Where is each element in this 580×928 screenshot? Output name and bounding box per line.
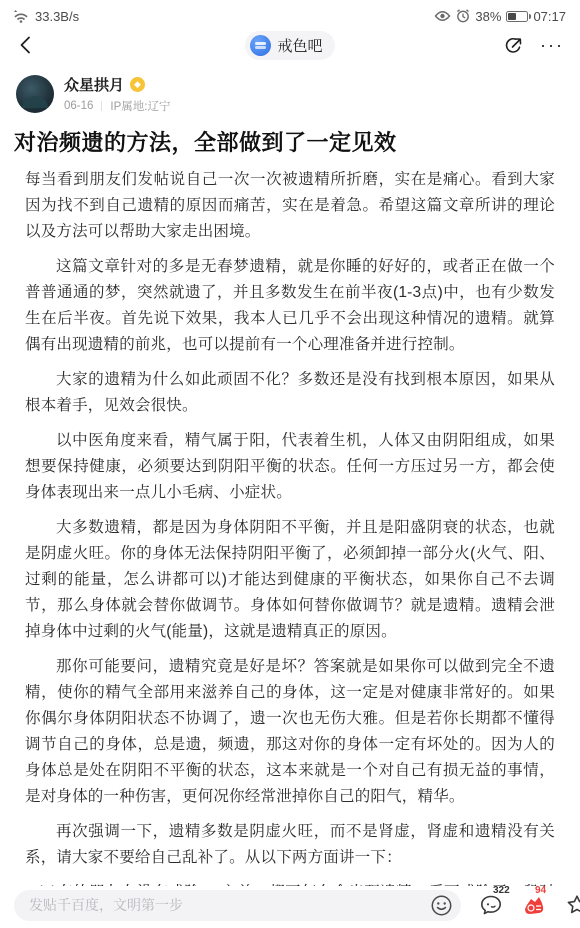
post-title: 对治频遗的方法，全部做到了一定见效	[0, 114, 580, 157]
author-name[interactable]: 众星拱月	[64, 74, 124, 95]
post-paragraph: 那你可能要问，遗精究竟是好是坏？答案就是如果你可以做到完全不遗精，使你的精气全部…	[25, 654, 555, 810]
post-header: 众星拱月 ◆ 06-16 IP属地:辽宁	[0, 64, 580, 114]
post-date: 06-16	[64, 100, 93, 112]
nav-bar: 戒色吧 ···	[0, 26, 580, 64]
avatar[interactable]	[16, 75, 54, 113]
status-time: 07:17	[533, 9, 566, 24]
hot-stamp-icon	[521, 893, 547, 917]
more-menu-icon[interactable]: ···	[540, 36, 564, 54]
ip-location: IP属地:辽宁	[110, 98, 170, 114]
hot-button[interactable]: 94	[521, 893, 547, 917]
forum-chip[interactable]: 戒色吧	[245, 31, 334, 60]
reply-input[interactable]	[29, 897, 430, 913]
post-paragraph: 再次强调一下，遗精多数是阴虚火旺，而不是肾虚，肾虚和遗精没有关系，请大家不要给自…	[25, 819, 555, 871]
battery-percent: 38%	[475, 9, 501, 24]
wifi-icon	[12, 9, 30, 23]
eye-comfort-icon	[434, 10, 451, 22]
meta-divider	[101, 101, 102, 111]
post-paragraph: 大家的遗精为什么如此顽固不化？多数还是没有找到根本原因，如果从根本着手，见效会很…	[25, 367, 555, 419]
favorite-button[interactable]	[565, 893, 580, 917]
comment-icon	[479, 893, 503, 917]
battery-icon	[506, 11, 528, 22]
reply-pill[interactable]	[14, 890, 461, 921]
share-icon[interactable]	[503, 35, 524, 56]
post-paragraph: 这篇文章针对的多是无春梦遗精，就是你睡的好好的，或者正在做一个普普通通的梦，突然…	[25, 254, 555, 358]
forum-avatar-icon	[250, 35, 271, 56]
hot-count: 94	[535, 885, 546, 896]
comment-button[interactable]: 322	[479, 893, 503, 917]
back-icon[interactable]	[16, 35, 36, 55]
status-bar: 33.3B/s 38% 07:17	[0, 0, 580, 26]
network-speed: 33.3B/s	[35, 9, 79, 24]
post-paragraph: 以中医角度来看，精气属于阳，代表着生机，人体又由阴阳组成，如果想要保持健康，必须…	[25, 428, 555, 506]
star-icon	[565, 893, 580, 917]
comment-count: 322	[493, 885, 510, 896]
emoji-icon[interactable]	[430, 894, 453, 917]
forum-name: 戒色吧	[277, 35, 322, 56]
alarm-icon	[456, 9, 470, 23]
member-badge-icon: ◆	[130, 77, 145, 92]
post-body: 每当看到朋友们发帖说自己一次一次被遗精所折磨，实在是痛心。看到大家因为找不到自己…	[0, 157, 580, 928]
post-paragraph: 每当看到朋友们发帖说自己一次一次被遗精所折磨，实在是痛心。看到大家因为找不到自己…	[25, 167, 555, 245]
post-paragraph: 大多数遗精，都是因为身体阴阳不平衡，并且是阳盛阴衰的状态，也就是阴虚火旺。你的身…	[25, 515, 555, 645]
bottom-bar: 322 94	[0, 886, 580, 928]
